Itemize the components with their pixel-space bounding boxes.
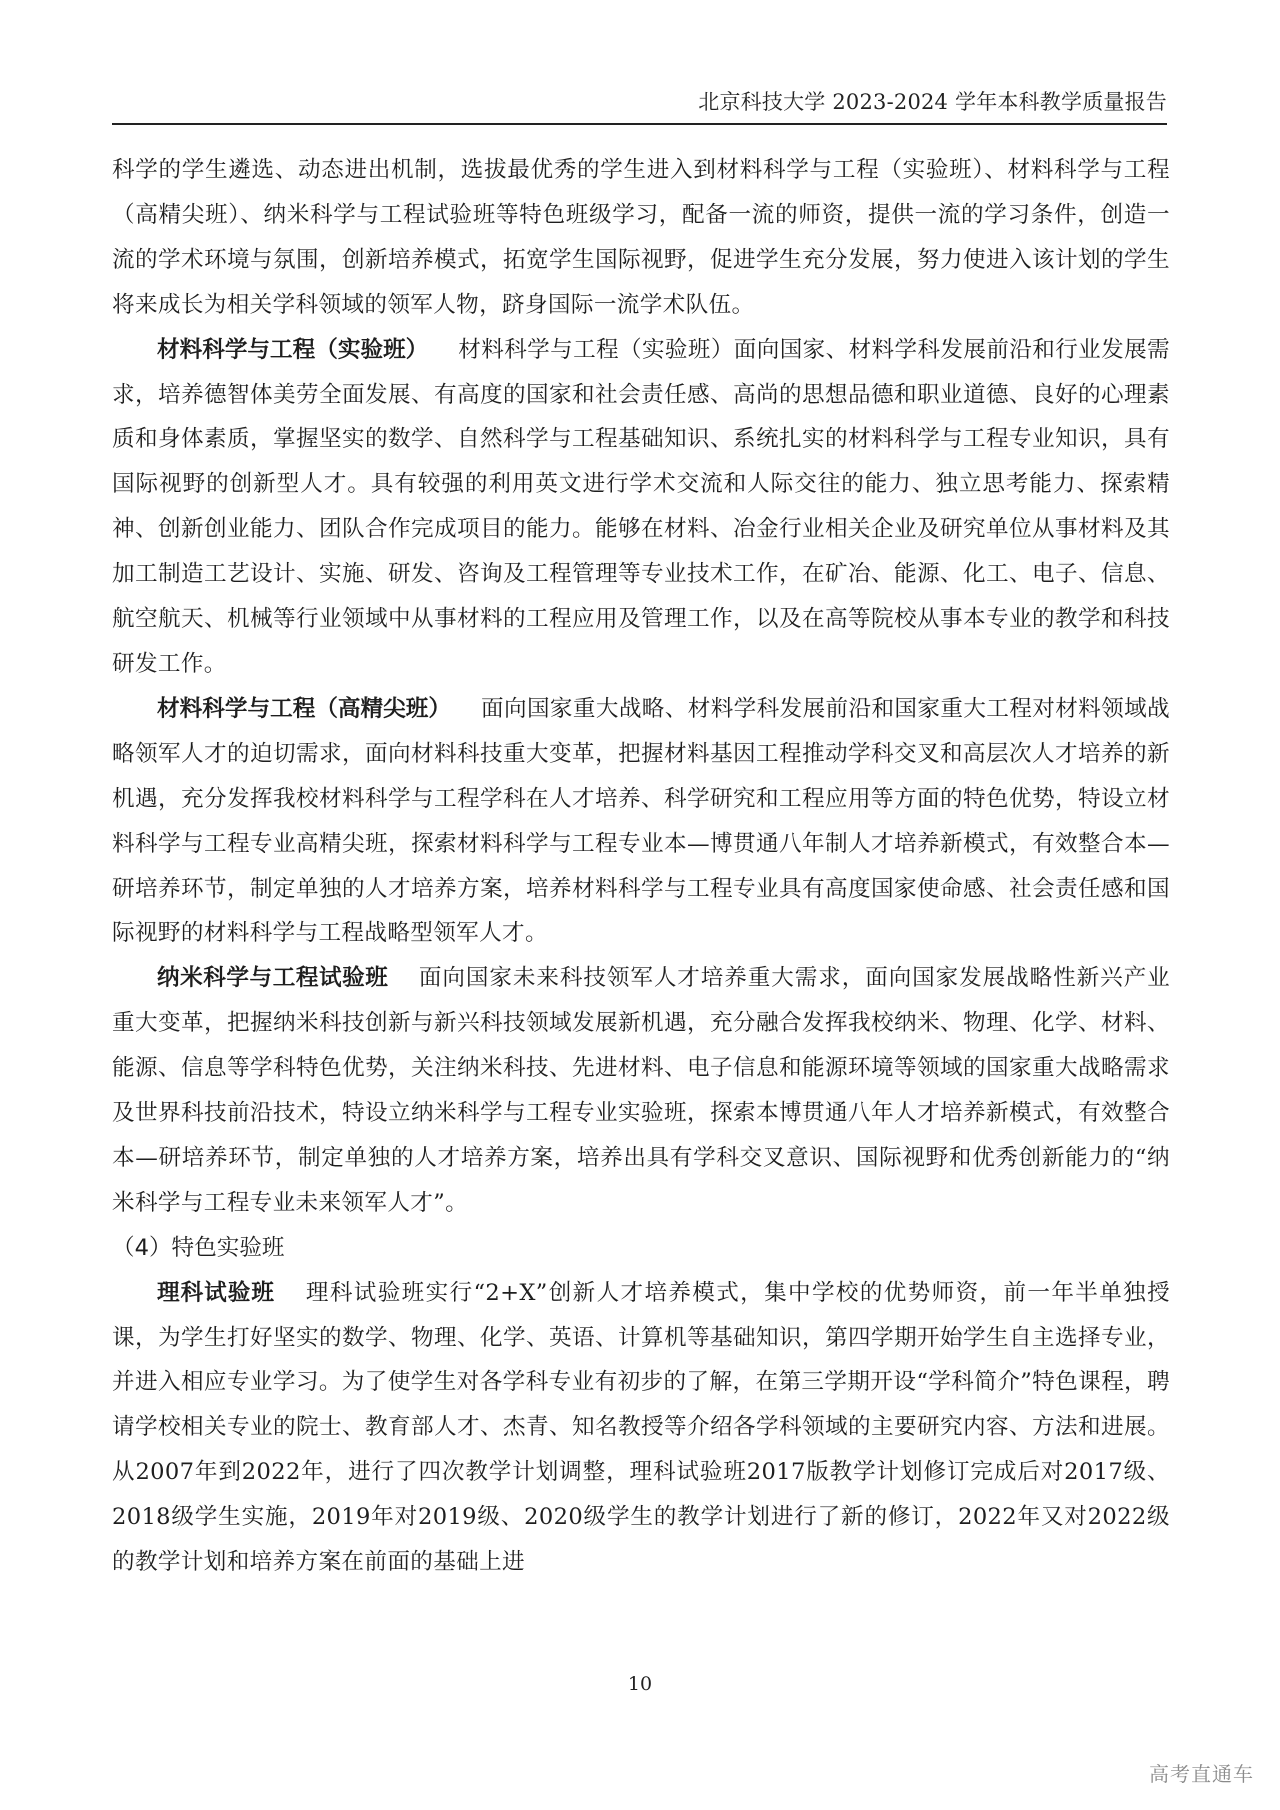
watermark: 高考直通车	[1149, 1758, 1254, 1787]
intro-paragraph: 科学的学生遴选、动态进出机制，选拔最优秀的学生进入到材料科学与工程（实验班）、材…	[112, 148, 1170, 328]
experimental-class-heading: 材料科学与工程（实验班）	[157, 337, 428, 363]
elite-class-paragraph: 材料科学与工程（高精尖班）面向国家重大战略、材料学科发展前沿和国家重大工程对材料…	[112, 687, 1170, 956]
report-title: 北京科技大学 2023-2024 学年本科教学质量报告	[698, 90, 1167, 114]
nano-class-paragraph: 纳米科学与工程试验班面向国家未来科技领军人才培养重大需求，面向国家发展战略性新兴…	[112, 956, 1170, 1225]
elite-class-text: 面向国家重大战略、材料学科发展前沿和国家重大工程对材料领域战略领军人才的迫切需求…	[112, 696, 1170, 947]
nano-class-text: 面向国家未来科技领军人才培养重大需求，面向国家发展战略性新兴产业重大变革，把握纳…	[112, 965, 1170, 1216]
nano-class-heading: 纳米科学与工程试验班	[157, 965, 388, 991]
section-heading-featured-classes: （4）特色实验班	[112, 1226, 1170, 1271]
experimental-class-paragraph: 材料科学与工程（实验班）材料科学与工程（实验班）面向国家、材料学科发展前沿和行业…	[112, 328, 1170, 687]
experimental-class-text: 材料科学与工程（实验班）面向国家、材料学科发展前沿和行业发展需求，培养德智体美劳…	[112, 337, 1170, 677]
page-number: 10	[0, 1673, 1280, 1695]
elite-class-heading: 材料科学与工程（高精尖班）	[157, 696, 451, 722]
science-class-paragraph: 理科试验班理科试验班实行“2+X”创新人才培养模式，集中学校的优势师资，前一年半…	[112, 1271, 1170, 1585]
science-class-text: 理科试验班实行“2+X”创新人才培养模式，集中学校的优势师资，前一年半单独授课，…	[112, 1280, 1170, 1575]
page-body: 科学的学生遴选、动态进出机制，选拔最优秀的学生进入到材料科学与工程（实验班）、材…	[112, 148, 1170, 1585]
running-header: 北京科技大学 2023-2024 学年本科教学质量报告	[112, 88, 1167, 125]
science-class-heading: 理科试验班	[157, 1280, 275, 1306]
